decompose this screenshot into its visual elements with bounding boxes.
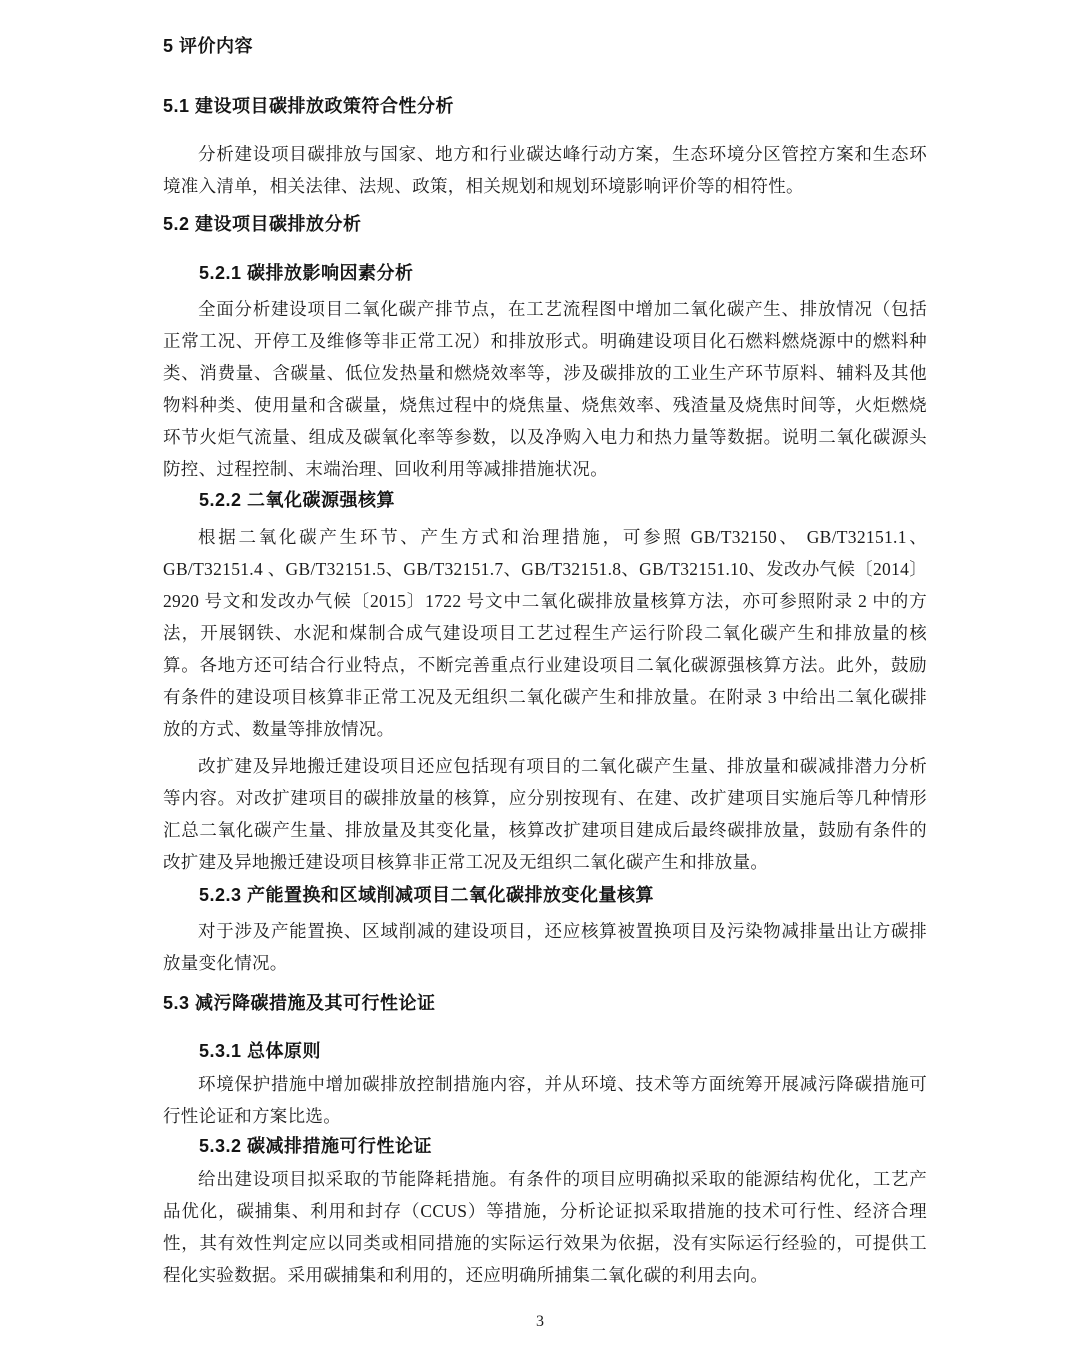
chapter-title: 5 评价内容 (163, 34, 927, 58)
paragraph: 对于涉及产能置换、区域削减的建设项目，还应核算被置换项目及污染物减排量出让方碳排… (163, 915, 927, 979)
page-number: 3 (0, 1313, 1080, 1331)
document-content: 5 评价内容 5.1 建设项目碳排放政策符合性分析 分析建设项目碳排放与国家、地… (163, 30, 927, 1291)
paragraph: 给出建设项目拟采取的节能降耗措施。有条件的项目应明确拟采取的能源结构优化，工艺产… (163, 1163, 927, 1291)
paragraph: 环境保护措施中增加碳排放控制措施内容，并从环境、技术等方面统筹开展减污降碳措施可… (163, 1068, 927, 1132)
subsection-heading-5-2-1: 5.2.1 碳排放影响因素分析 (163, 261, 927, 285)
paragraph: 改扩建及异地搬迁建设项目还应包括现有项目的二氧化碳产生量、排放量和碳减排潜力分析… (163, 750, 927, 878)
paragraph: 分析建设项目碳排放与国家、地方和行业碳达峰行动方案，生态环境分区管控方案和生态环… (163, 138, 927, 202)
subsection-heading-5-3-2: 5.3.2 碳减排措施可行性论证 (163, 1134, 927, 1158)
subsection-heading-5-3-1: 5.3.1 总体原则 (163, 1039, 927, 1063)
section-heading-5-3: 5.3 减污降碳措施及其可行性论证 (163, 991, 927, 1015)
paragraph: 全面分析建设项目二氧化碳产排节点，在工艺流程图中增加二氧化碳产生、排放情况（包括… (163, 293, 927, 485)
paragraph: 根据二氧化碳产生环节、产生方式和治理措施，可参照 GB/T32150、 GB/T… (163, 521, 927, 745)
section-heading-5-2: 5.2 建设项目碳排放分析 (163, 212, 927, 236)
subsection-heading-5-2-2: 5.2.2 二氧化碳源强核算 (163, 488, 927, 512)
section-heading-5-1: 5.1 建设项目碳排放政策符合性分析 (163, 94, 927, 118)
subsection-heading-5-2-3: 5.2.3 产能置换和区域削减项目二氧化碳排放变化量核算 (163, 883, 927, 907)
